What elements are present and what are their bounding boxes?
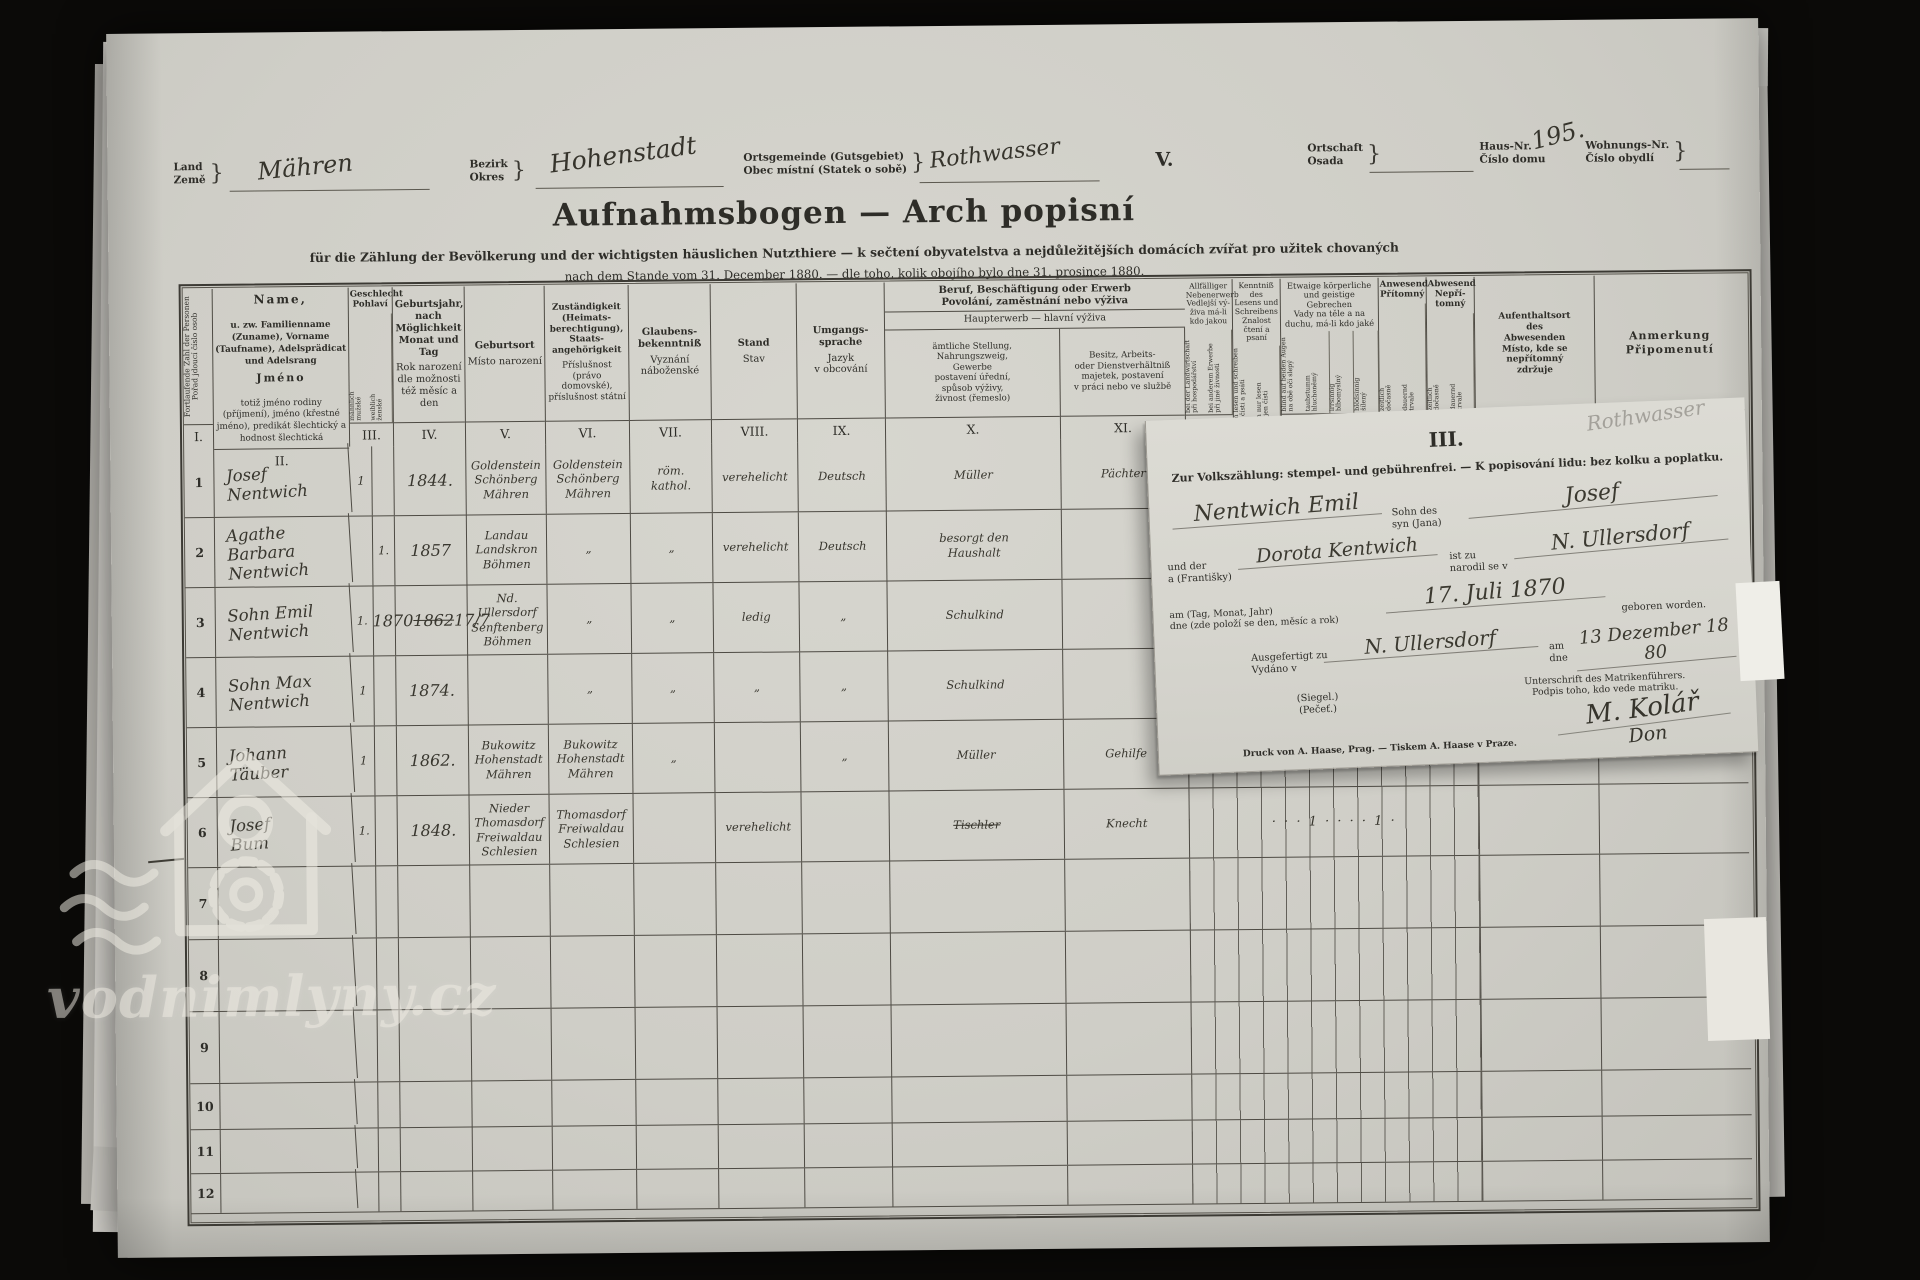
table-cell: 11 [191,1130,221,1173]
col-name-head-cz: Jméno [256,371,305,384]
table-cell: „ [714,652,801,722]
col-anwesend-sub2: dauernd trvale [1402,303,1427,412]
table-cell: „ [548,654,633,724]
slip-issued-place: N. Ullersdorf [1322,622,1538,663]
table-cell [804,1005,893,1077]
bezirk-label: Bezirk Okres [469,158,508,184]
table-cell [1192,1000,1483,1074]
table-cell [1190,856,1481,930]
ortschaft-brace: } [1367,142,1381,167]
table-cell: Sohn Max Nentwich [214,653,354,730]
table-cell: Deutsch [799,511,888,581]
col-occupation-label: Beruf, Beschäftigung oder Erwerb Povolán… [885,280,1185,312]
slip-son-label: Sohn des syn (Jana) [1391,505,1441,530]
col-birthplace: Geburtsort Místo narození V. [465,286,547,446]
page-tab-right-1 [1735,581,1784,681]
table-cell: 1874. [396,656,469,726]
table-cell [400,1081,472,1127]
table-cell [1066,931,1192,1003]
table-cell [719,1124,805,1168]
table-cell: Sohn Emil Nentwich [214,583,354,660]
table-cell [473,1127,553,1171]
slip-date: 17. Juli 1870 [1384,571,1605,613]
col-anwesend-sub1: zeitlich dočasně [1379,303,1403,412]
table-cell: 10 [190,1084,220,1129]
table-cell: Tischler [889,790,1065,861]
table-cell [372,446,395,515]
table-cell: Schulkind [887,580,1063,651]
wohnungsnr-brace: } [1673,139,1687,164]
table-cell [472,1081,552,1127]
table-cell [401,1171,473,1211]
table-cell: 4 [186,658,217,727]
wave-3 [76,932,156,951]
table-cell [891,932,1067,1005]
table-cell: „ [631,583,714,653]
col-nebenerwerb-label: Allfälliger Nebenerwerb Vedlejší vý- živ… [1185,279,1232,329]
table-cell: Bukowitz Hohenstadt Mähren [549,724,634,794]
table-cell: ledig [713,582,800,652]
col-language-numeral: IX. [798,417,885,442]
col-x-label: ämtliche Stellung, Nahrungszweig, Gewerb… [885,329,1060,418]
table-cell [553,1126,637,1170]
gear-outer [213,861,280,928]
table-cell [1191,928,1482,1002]
table-cell: 1 [184,448,215,517]
col-year-de: Geburtsjahr, nach Möglichkeit Monat und … [395,298,463,358]
table-cell: 1 [352,656,375,725]
slip-date-label: am (Tag, Monat, Jahr) dne (zde položí se… [1169,604,1339,633]
gemeinde-brace: } [911,150,925,175]
wave-2 [64,898,144,917]
table-cell: verehelicht [715,792,802,862]
col-status-cz: Stav [713,353,794,366]
table-cell: besorgt den Haushalt [887,510,1063,581]
bezirk-brace: } [512,158,526,183]
col-language: Umgangs- sprache Jazyk v obcování IX. [797,282,887,442]
col-anmerkung-label: Anmerkung Připomenutí [1595,274,1745,410]
slip-born-label: ist zu narodil se v [1449,549,1508,575]
field-bezirk: Bezirk Okres } [469,158,526,184]
table-cell [374,656,397,725]
table-cell: · · · 1 · · · · 1 · [1189,786,1480,858]
table-cell [1193,1118,1483,1164]
table-cell: „ [632,653,715,723]
col-birthplace-cz: Místo narození [467,355,542,368]
slip-born-suffix: geboren worden. [1621,599,1706,614]
table-cell [893,1166,1068,1207]
page-tab-right-2 [1704,917,1770,1041]
table-cell: Müller [889,720,1065,791]
table-cell [635,935,718,1007]
gemeinde-label: Ortsgemeinde (Gutsgebiet) Obec místní (S… [743,150,907,177]
table-cell: 1 [350,446,373,515]
col-birthplace-de: Geburtsort [467,339,542,352]
land-brace: } [210,161,224,186]
table-cell [1481,927,1602,999]
table-cell [356,1082,378,1127]
table-cell: Goldenstein Schönberg Mähren [546,444,631,514]
table-cell [633,793,716,863]
table-cell [553,1170,637,1210]
table-cell [716,862,803,934]
col-home: Zuständigkeit (Heimats- berechtigung), S… [545,285,631,445]
table-cell [357,1172,379,1211]
table-cell: Josef Nentwich [212,443,352,520]
col-status-de: Stand [713,337,794,350]
watermark-text: vodnimlyny.cz [47,962,497,1032]
col-sex-female: weiblich ženské [370,313,393,422]
slip-signature-flourish: Don [1627,721,1668,747]
table-cell [220,1169,358,1216]
col-abwesend-sub1: zeitlich dočasně [1427,313,1451,413]
col-religion-cz: Vyznání náboženské [631,354,708,379]
col-gebrechen-label: Etwaige körperliche und geistige Gebrech… [1281,278,1379,332]
table-cell [357,1128,379,1171]
table-cell [1068,1121,1193,1165]
table-cell [552,1008,637,1080]
table-cell [1479,785,1600,855]
house-roof [165,756,326,831]
table-cell [1193,1162,1483,1204]
table-cell: Deutsch [798,441,887,511]
table-cell [1482,1071,1602,1117]
bezirk-value: Hohenstadt [548,131,698,179]
col-gebrechen-sub1: blind auf beiden Augen na obě oči slepý [1281,332,1305,414]
col-gebrechen-sub2: taubstumm hluchoněmý [1305,331,1330,413]
table-cell [1192,1072,1482,1120]
table-cell: „ [800,651,889,721]
table-cell [401,1127,473,1171]
col-religion-numeral: VII. [630,419,711,444]
slip-mother-name: Dorota Kentwich [1236,532,1437,570]
table-cell: 1. [373,516,396,585]
slip-father-name: Josef [1466,470,1717,519]
field-wohnungsnr: Wohnungs-Nr. Číslo obydlí } [1585,139,1687,165]
ortschaft-line [1370,171,1474,173]
col-nebenerwerb-sub2: bei anderem Erwerbe při jiné živnosti [1208,329,1233,415]
window-circle [223,800,267,844]
col-religion: Glaubens- bekenntniß Vyznání náboženské … [629,284,713,444]
ortschaft-label: Ortschaft Osada [1307,142,1363,168]
table-cell [718,1006,805,1078]
table-cell [1481,999,1602,1071]
col-sex: Geschlecht Pohlaví männlich mužské weibl… [349,287,395,446]
table-cell [804,1077,892,1123]
col-name-cz: totiž jméno rodiny (příjmení), jméno (kř… [217,397,346,444]
table-cell: Knecht [1064,789,1190,859]
table-cell [1602,1069,1751,1115]
col-nebenerwerb-sub1: bei der Landwirtschaft při hospodářství [1185,329,1209,415]
col-gebrechen-sub3: irrsinnig blbomyslný [1329,331,1354,413]
table-cell: 3 [185,588,216,657]
table-cell [1603,1115,1752,1159]
col-name-de: u. zw. Familienname (Zuname), Vorname (T… [215,320,346,367]
watermark: vodnimlyny.cz [45,720,497,1032]
table-cell [550,864,635,936]
table-cell [1599,783,1749,853]
col-religion-de: Glaubens- bekenntniß [631,326,708,351]
col-language-cz: Jazyk v obcování [799,352,882,377]
col-occupation-group: Beruf, Beschäftigung oder Erwerb Povolán… [885,280,1187,442]
col-home-de: Zuständigkeit (Heimats- berechtigung), S… [547,302,627,356]
table-cell [802,861,891,933]
table-cell: Landau Landskron Böhmen [467,515,548,585]
table-cell [379,1172,401,1211]
table-cell [636,1079,718,1125]
table-cell [718,1078,804,1124]
table-cell [893,1122,1068,1167]
table-cell: Müller [886,440,1062,511]
table-cell [351,516,374,585]
gemeinde-line [920,180,1100,183]
table-cell: „ [801,721,890,791]
table-cell [803,933,892,1005]
hausnr-value: 195. [1529,116,1588,156]
bezirk-line [536,186,724,189]
table-cell: 1. [351,586,374,655]
section-number: V. [1155,150,1173,172]
form-title: Aufnahmsbogen — Arch popisní [18,187,1670,239]
field-land: Land Země } [173,161,223,187]
col-abwesend-label: Abwesend Nepří- tomný [1427,277,1474,313]
table-cell [1483,1117,1603,1161]
table-cell [468,655,549,725]
land-value: Mähren [256,150,354,187]
table-cell: Goldenstein Schönberg Mähren [466,445,547,515]
table-cell [1483,1161,1603,1201]
birth-certificate-slip: Rothwasser III. Zur Volkszählung: stempe… [1145,397,1758,775]
table-cell [719,1168,805,1208]
col-anwesend-label: Anwesend Přítomný [1379,277,1426,303]
table-cell [890,860,1066,933]
col-seq-numeral: I. [184,424,213,448]
table-cell: 1844. [394,446,467,516]
col-home-cz: Příslušnost (právo domovské), příslušnos… [547,360,626,404]
table-cell: „ [799,581,888,651]
slip-seal-label: (Siegel.) (Pečeť.) [1297,692,1339,717]
table-cell: Thomasdorf Freiwaldau Schlesien [549,794,634,864]
land-line [230,189,430,192]
table-cell [805,1167,893,1207]
gear-inner [233,881,259,907]
col-gebrechen-sub4: blödsinnig šílený [1354,331,1379,413]
table-cell [805,1123,893,1167]
table-cell: „ [547,584,632,654]
col-xi-label: Besitz, Arbeits- oder Dienstverhältniß m… [1060,328,1185,416]
table-cell [1065,859,1191,931]
table-cell [219,1079,358,1132]
table-cell [801,791,890,861]
col-seq-label: Fortlaufende Zahl der Personen Pořad jdo… [183,289,213,424]
table-cell: 2 [185,518,216,587]
table-cell [636,1007,719,1079]
slip-mother-label: und der a (Františky) [1167,560,1232,586]
wohnungsnr-label: Wohnungs-Nr. Číslo obydlí [1585,139,1669,165]
table-cell: „ [631,513,714,583]
col-year-cz: Rok narození dle možnosti též měsíc a de… [395,362,462,410]
table-cell [378,1082,400,1127]
slip-born-place: N. Ullersdorf [1512,515,1728,560]
table-cell [379,1128,401,1171]
table-cell: Agathe Barbara Nentwich [213,513,353,590]
col-language-de: Umgangs- sprache [799,324,882,349]
col-name: Name, u. zw. Familienname (Zuname), Vorn… [213,288,351,448]
table-cell: 1870 1862 17/7 [395,586,468,656]
table-cell: verehelicht [713,512,800,582]
table-cell [1603,1159,1752,1199]
col-status: Stand Stav VIII. [711,283,799,443]
house-body [179,818,312,931]
col-year: Geburtsjahr, nach Möglichkeit Monat und … [393,287,467,447]
col-nebenerwerb: Allfälliger Nebenerwerb Vedlejší vý- živ… [1185,279,1235,438]
table-cell [634,863,717,935]
table-cell: verehelicht [712,442,799,512]
field-ortschaft: Ortschaft Osada } [1307,142,1381,168]
gemeinde-value: Rothwasser [928,134,1061,174]
wohnungsnr-line [1680,168,1730,169]
table-cell [1480,855,1601,927]
table-cell: „ [633,723,716,793]
table-cell [551,936,636,1008]
col-aufenthalt-label: Aufenthaltsort des Abwesenden Místo, kde… [1477,311,1593,376]
col-status-numeral: VIII. [712,418,797,443]
table-cell: 1857 [395,516,468,586]
table-cell: Nd. Ullersdorf Senftenberg Böhmen [467,585,548,655]
table-cell: 12 [191,1174,221,1213]
col-name-head-de: Name, [254,292,307,307]
col-abwesend-sub2: dauernd trvale [1450,312,1475,412]
col-seq: Fortlaufende Zahl der Personen Pořad jdo… [183,289,215,448]
table-cell: „ [547,514,632,584]
table-cell [717,934,804,1006]
table-cell [473,1171,553,1211]
slip-issued-date: 13 Dezember 18 80 [1573,614,1736,671]
col-sex-numeral: III. [350,422,393,446]
table-cell [220,1125,358,1176]
table-cell [637,1169,719,1209]
slip-child-name: Nentwich Emil [1171,488,1382,529]
table-cell [1600,853,1750,925]
col-year-numeral: IV. [394,422,465,447]
table-cell [892,1076,1067,1123]
slip-issued-label: Ausgefertigt zu Vydáno v [1251,650,1328,676]
field-gemeinde: Ortsgemeinde (Gutsgebiet) Obec místní (S… [743,150,925,177]
table-cell: röm. kathol. [630,443,713,513]
slip-printer-credit: Druck von A. Haase, Prag. — Tiskem A. Ha… [1243,739,1517,760]
col-literacy: Kenntniß des Lesens und Schreibens Znalo… [1233,279,1283,438]
table-cell [1068,1165,1193,1205]
table-cell [715,722,802,792]
col-sex-label: Geschlecht Pohlaví [349,287,392,313]
col-sex-male: männlich mužské [349,313,371,422]
table-cell [1067,1003,1193,1075]
census-form-page: Land Země } Mähren Bezirk Okres } Hohens… [106,18,1770,1258]
watermill-logo-icon [45,721,437,974]
col-x-numeral: X. [886,416,1060,442]
wave-1 [74,864,154,883]
table-cell [892,1004,1068,1077]
col-birthplace-numeral: V. [466,421,545,446]
table-cell: Schulkind [888,650,1064,721]
table-cell [1067,1075,1192,1121]
col-home-numeral: VI. [546,420,629,445]
land-label: Land Země [173,161,205,186]
col-literacy-label: Kenntniß des Lesens und Schreibens Znalo… [1233,279,1281,346]
table-cell [637,1125,719,1169]
slip-issued-am: am dne [1549,641,1568,665]
table-cell [552,1080,636,1126]
